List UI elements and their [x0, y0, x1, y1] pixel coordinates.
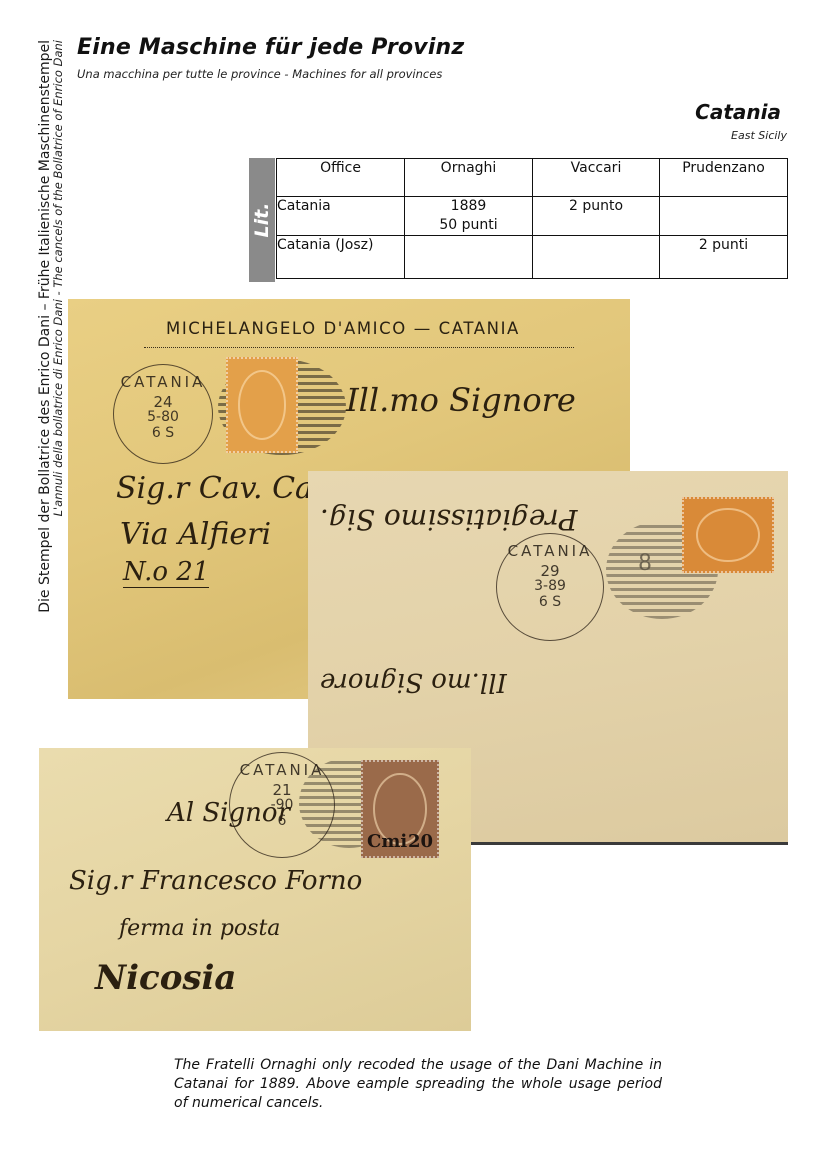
- stamp: [226, 357, 298, 453]
- stamp: [682, 497, 774, 573]
- cover-image-3: CATANIA 21 -90 6 Cmi 20 Al Signor Sig.r …: [39, 748, 471, 1031]
- region-label: East Sicily: [731, 129, 787, 142]
- office-cell: Catania: [277, 197, 405, 236]
- ornaghi-rating: 50 punti: [405, 216, 532, 235]
- postmark: CATANIA 29 3-89 6 S: [496, 533, 604, 641]
- stamp-surcharge: Cmi 20: [367, 831, 433, 852]
- usage-table: Office Ornaghi Vaccari Prudenzano Catani…: [276, 158, 788, 279]
- stamp: Cmi 20: [361, 760, 439, 858]
- literature-band: Lit.: [249, 158, 275, 282]
- office-cell: Catania (Josz): [277, 236, 405, 279]
- prudenzano-cell: 2 punti: [660, 236, 788, 279]
- prudenzano-cell: [660, 197, 788, 236]
- cover-letterhead: MICHELANGELO D'AMICO — CATANIA: [166, 319, 520, 338]
- table-row: Catania (Josz) 2 punti: [277, 236, 788, 279]
- column-header: Vaccari: [533, 159, 660, 197]
- postmark: CATANIA 24 5-80 6 S: [113, 364, 213, 464]
- ornaghi-cell: [405, 236, 533, 279]
- column-header: Prudenzano: [660, 159, 788, 197]
- letterhead-rule: [144, 347, 574, 348]
- caption-text: The Fratelli Ornaghi only recoded the us…: [174, 1056, 662, 1113]
- table-row: Catania 1889 50 punti 2 punto: [277, 197, 788, 236]
- vaccari-cell: [533, 236, 660, 279]
- table-header-row: Office Ornaghi Vaccari Prudenzano: [277, 159, 788, 197]
- page-subtitle: Una macchina per tutte le province - Mac…: [77, 67, 442, 81]
- page-title: Eine Maschine für jede Provinz: [77, 35, 464, 60]
- column-header: Ornaghi: [405, 159, 533, 197]
- side-subtitle: L'annuli della bollatrice di Enrico Dani…: [51, 40, 65, 655]
- ornaghi-year: 1889: [405, 197, 532, 216]
- city-heading: Catania: [695, 100, 781, 124]
- ornaghi-cell: 1889 50 punti: [405, 197, 533, 236]
- literature-label: Lit.: [251, 203, 273, 238]
- vaccari-cell: 2 punto: [533, 197, 660, 236]
- column-header: Office: [277, 159, 405, 197]
